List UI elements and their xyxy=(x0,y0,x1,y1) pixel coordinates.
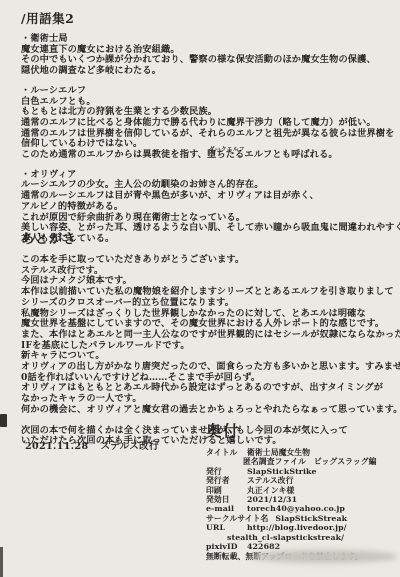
text-line: アルビノ的特徴がある。 xyxy=(21,202,395,213)
ruby-post-text: とも呼ばれる。 xyxy=(272,149,337,160)
ruby-pre-text: このため通常のエルフからは異教徒を指す、 xyxy=(21,149,207,160)
glossary-section-eijutsushikyoku: ・衛術士局 魔女連直下の魔女における治安組織。 その中でもいくつか課が分かれてお… xyxy=(21,34,395,77)
colophon-row-printer: 印刷丸正インキ様 xyxy=(206,486,398,495)
colophon-value: stealth_cl-slapstickstreak/ xyxy=(227,533,344,542)
signoff-author: ステルス改行 xyxy=(101,441,159,452)
scan-artifact-bottom-left xyxy=(0,547,3,577)
colophon-label: e-mail xyxy=(206,504,240,513)
text-line: 何かの機会に、オリヴィアと魔女君の過去とかちょろっとやれたらなぁって思っています… xyxy=(21,405,395,416)
scan-artifact-left-edge xyxy=(0,414,7,427)
colophon-label: pixivID xyxy=(206,542,240,551)
colophon-value: ステルス改行 xyxy=(247,476,294,485)
colophon-row-circle-site: サークルサイト名SlapStickStreak xyxy=(206,514,398,523)
colophon-value: SlapStickStreak xyxy=(275,514,347,523)
glossary-block: /用語集2 ・衛術士局 魔女連直下の魔女における治安組織。 その中でもいくつか課… xyxy=(21,9,395,254)
colophon-block: 奥付 タイトル衛術士局魔女生物 匿名調査ファイル ビッグスラッグ編 発行Slap… xyxy=(206,420,398,562)
glossary-section-lucielf: ・ルーシエルフ 白色エルフとも。 もともとは北方の狩猟を生業とする少数民族。 通… xyxy=(21,86,395,161)
colophon-label: URL xyxy=(206,523,240,532)
colophon-value: 丸正インキ様 xyxy=(247,486,294,495)
colophon-label: サークルサイト名 xyxy=(206,514,268,523)
colophon-value: 2021/12/31 xyxy=(247,495,297,504)
colophon-value: SlapStickStrike xyxy=(247,467,317,476)
furigana-text: ダークエルフ xyxy=(209,145,245,156)
colophon-label: タイトル xyxy=(206,448,240,457)
colophon-row-subtitle: 匿名調査ファイル ビッグスラッグ編 xyxy=(206,457,398,466)
document-page: /用語集2 ・衛術士局 魔女連直下の魔女における治安組織。 その中でもいくつか課… xyxy=(0,0,400,577)
text-line: シリーズのクロスオーバー的立ち位置になります。 xyxy=(21,298,395,309)
text-line-with-furigana: このため通常のエルフからは異教徒を指す、ダークエルフ堕ちたるエルフとも呼ばれる。 xyxy=(21,150,395,161)
colophon-heading: 奥付 xyxy=(206,420,398,441)
colophon-row-publisher: 発行SlapStickStrike xyxy=(206,467,398,476)
scan-artifact-bottom-smudge xyxy=(250,550,398,563)
colophon-value: torech40@yahoo.co.jp xyxy=(247,504,345,513)
colophon-row-title: タイトル衛術士局魔女生物 xyxy=(206,448,398,457)
colophon-label: 印刷 xyxy=(206,486,240,495)
colophon-value: 衛術士局魔女生物 xyxy=(247,448,310,457)
ruby-base: ダークエルフ堕ちたるエルフ xyxy=(207,150,272,161)
colophon-value: http://blog.livedoor.jp/ xyxy=(247,523,347,532)
colophon-label: 発効日 xyxy=(206,495,240,504)
colophon-value: 匿名調査ファイル ビッグスラッグ編 xyxy=(243,457,377,466)
colophon-label: 発行者 xyxy=(206,476,240,485)
colophon-row-author: 発行者ステルス改行 xyxy=(206,476,398,485)
colophon-label: 発行 xyxy=(206,467,240,476)
colophon-value: 422682 xyxy=(247,542,280,551)
glossary-term: ・ルーシエルフ xyxy=(21,86,395,97)
text-line: 隠伏地の調査など多岐にわたる。 xyxy=(21,66,395,77)
afterword-heading: あとがき xyxy=(21,228,395,247)
colophon-row-url: URLhttp://blog.livedoor.jp/ xyxy=(206,523,398,532)
glossary-heading: /用語集2 xyxy=(21,9,395,27)
colophon-row-email: e-mailtorech40@yahoo.co.jp xyxy=(206,504,398,513)
colophon-row-date: 発効日2021/12/31 xyxy=(206,495,398,504)
afterword-block: あとがき この本を手に取っていただきありがとうございます。 ステルス改行です。 … xyxy=(21,228,395,447)
colophon-row-url2: stealth_cl-slapstickstreak/ xyxy=(206,533,398,542)
signoff-date: 2021.11.28 xyxy=(25,441,89,452)
signoff-line: 2021.11.28ステルス改行 xyxy=(25,438,159,452)
